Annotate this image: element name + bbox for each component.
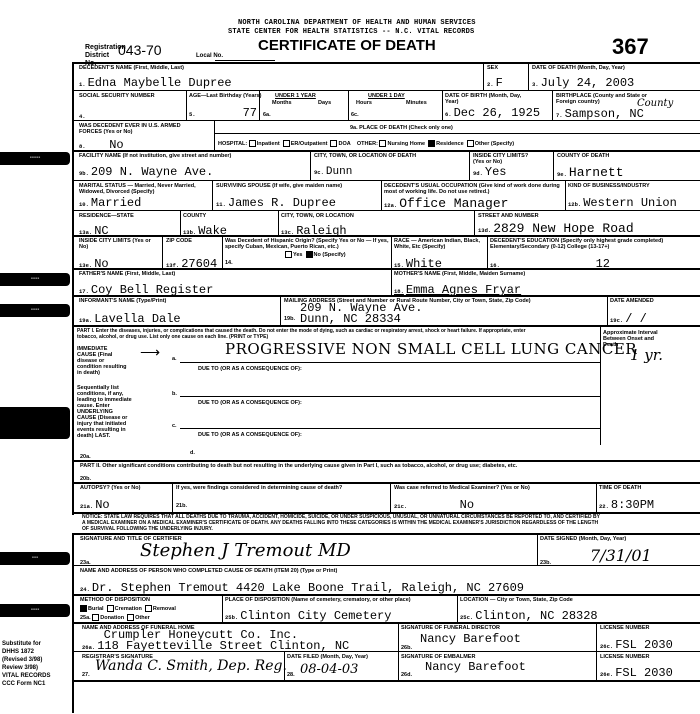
doa-checkbox[interactable]: DOA bbox=[330, 141, 350, 147]
place-of-death-options: HOSPITAL: Inpatient ER/Outpatient DOA OT… bbox=[218, 140, 514, 147]
residence-state-label: RESIDENCE—STATE bbox=[79, 213, 134, 219]
county-of-death-field[interactable]: 9e.Harnett bbox=[557, 165, 624, 180]
days-label: Days bbox=[318, 100, 331, 106]
facility-field[interactable]: 9b.209 N. Wayne Ave. bbox=[79, 165, 213, 179]
hours-label: Hours bbox=[356, 100, 372, 106]
section-tab-informant: ▪▪▪▪ bbox=[0, 304, 70, 317]
department-line-1: NORTH CAROLINA DEPARTMENT OF HEALTH AND … bbox=[238, 19, 476, 27]
certificate-number: 367 bbox=[612, 34, 649, 60]
date-amended-field[interactable]: 19c./ / bbox=[610, 312, 647, 326]
under-1-day-label: UNDER 1 DAY bbox=[368, 93, 405, 99]
er-outpatient-checkbox[interactable]: ER/Outpatient bbox=[283, 141, 328, 147]
funeral-director-label: SIGNATURE OF FUNERAL DIRECTOR bbox=[401, 625, 500, 631]
residence-inside-limits-label: INSIDE CITY LIMITS (Yes or No) bbox=[79, 238, 159, 250]
registration-district: 043-70 bbox=[118, 42, 162, 58]
cause-c-field[interactable] bbox=[180, 428, 600, 429]
marital-status-field[interactable]: 10.Married bbox=[79, 196, 141, 210]
informant-name-field[interactable]: 19a.Lavella Dale bbox=[79, 312, 181, 326]
certifier-signature[interactable]: Stephen J Tremout MD bbox=[140, 540, 351, 561]
father-name-label: FATHER'S NAME (First, Middle, Last) bbox=[79, 271, 175, 277]
zip-label: ZIP CODE bbox=[166, 238, 192, 244]
donation-checkbox[interactable]: Donation bbox=[92, 615, 124, 621]
embalmer-license-label: LICENSE NUMBER bbox=[600, 654, 650, 660]
date-of-death-field[interactable]: 3.July 24, 2003 bbox=[532, 76, 634, 90]
local-no-label: Local No. bbox=[196, 53, 223, 59]
date-signed-field[interactable]: 7/31/01 bbox=[590, 546, 652, 565]
under-1-year-label: UNDER 1 YEAR bbox=[275, 93, 316, 99]
date-amended-label: DATE AMENDED bbox=[610, 298, 654, 304]
sex-label: SEX bbox=[487, 65, 498, 71]
time-of-death-label: TIME OF DEATH bbox=[599, 485, 641, 491]
embalmer-field[interactable]: Nancy Barefoot bbox=[425, 660, 526, 674]
medical-examiner-label: Was case referred to Medical Examiner? (… bbox=[394, 485, 530, 491]
birthplace-field[interactable]: 7.Sampson, NC bbox=[556, 107, 644, 121]
director-license-label: LICENSE NUMBER bbox=[600, 625, 650, 631]
sex-field[interactable]: 2.F bbox=[487, 76, 503, 90]
under-1-year-field[interactable]: 6a. bbox=[263, 112, 271, 118]
disposition-location-field[interactable]: 25c.Clinton, NC 28328 bbox=[460, 609, 598, 623]
arrow-icon: ⟶ bbox=[140, 344, 160, 361]
armed-forces-label: WAS DECEDENT EVER IN U.S. ARMED FORCES (… bbox=[79, 123, 189, 135]
age-label: AGE—Last Birthday (Years) bbox=[189, 93, 261, 99]
date-filed-label: DATE FILED (Month, Day, Year) bbox=[287, 654, 368, 660]
other-checkbox[interactable]: Other bbox=[127, 615, 150, 621]
place-of-disposition-label: PLACE OF DISPOSITION (Name of cemetery, … bbox=[225, 597, 425, 603]
nursing-home-checkbox[interactable]: Nursing Home bbox=[379, 141, 425, 147]
decedent-name-label: DECEDENT'S NAME (First, Middle, Last) bbox=[79, 65, 184, 71]
disposition-methods: Burial Cremation Removal bbox=[80, 605, 176, 612]
disposition-location-label: LOCATION — City or Town, State, Zip Code bbox=[460, 597, 573, 603]
section-tab-cause bbox=[0, 407, 70, 439]
other-specify-checkbox[interactable]: Other (Specify) bbox=[467, 141, 514, 147]
completer-field[interactable]: 24.Dr. Stephen Tremout 4420 Lake Boone T… bbox=[80, 581, 524, 595]
residence-checkbox[interactable]: Residence bbox=[428, 141, 464, 147]
department-line-2: STATE CENTER FOR HEALTH STATISTICS -- N.… bbox=[228, 28, 474, 36]
place-of-death-label: 9a. PLACE OF DEATH (Check only one) bbox=[350, 125, 453, 131]
hispanic-no-checkbox[interactable]: No (Specify) bbox=[306, 252, 346, 258]
form-footnote: Substitute for DHHS 1872 (Revised 3/98) … bbox=[2, 640, 50, 688]
section-tab-place: ▪▪▪▪▪ bbox=[0, 152, 70, 165]
city-of-death-label: CITY, TOWN, OR LOCATION OF DEATH bbox=[314, 153, 416, 159]
medical-examiner-field[interactable]: 21c. No bbox=[394, 498, 474, 512]
notice-text: NOTICE: STATE LAW REQUIRES THAT ALL DEAT… bbox=[82, 514, 602, 532]
due-to-a: DUE TO (OR AS A CONSEQUENCE OF): bbox=[198, 366, 302, 372]
county-of-death-label: COUNTY OF DEATH bbox=[557, 153, 609, 159]
inside-city-limits-field[interactable]: 9d.Yes bbox=[473, 165, 507, 179]
burial-checkbox[interactable]: Burial bbox=[80, 606, 104, 612]
education-label: DECEDENT'S EDUCATION (Specify only highe… bbox=[490, 238, 695, 250]
registrar-signature[interactable]: Wanda C. Smith, Dep. Reg. bbox=[95, 658, 287, 674]
residence-street-field[interactable]: 13d.2829 New Hope Road bbox=[478, 221, 634, 236]
autopsy-field[interactable]: 21a.No bbox=[80, 498, 110, 512]
date-filed-field[interactable]: 08-04-03 bbox=[300, 662, 358, 677]
funeral-director-field[interactable]: Nancy Barefoot bbox=[420, 632, 521, 646]
cause-b-field[interactable] bbox=[180, 396, 600, 397]
sequential-causes-label: Sequentially list conditions, if any, le… bbox=[77, 385, 132, 439]
hispanic-checkboxes: Yes No (Specify) bbox=[285, 251, 346, 258]
date-of-death-label: DATE OF DEATH (Month, Day, Year) bbox=[532, 65, 625, 71]
immediate-cause-label: IMMEDIATE CAUSE (Final disease or condit… bbox=[77, 346, 127, 376]
informant-name-label: INFORMANT'S NAME (Type/Print) bbox=[79, 298, 166, 304]
dob-field[interactable]: 6.Dec 26, 1925 bbox=[445, 106, 540, 120]
section-tab-certifier: ▪▪▪ bbox=[0, 552, 70, 565]
residence-city-label: CITY, TOWN, OR LOCATION bbox=[281, 213, 354, 219]
autopsy-label: AUTOPSY? (Yes or No) bbox=[80, 485, 140, 491]
facility-label: FACILITY NAME (If not institution, give … bbox=[79, 153, 231, 159]
residence-street-label: STREET AND NUMBER bbox=[478, 213, 539, 219]
hispanic-field[interactable]: 14. bbox=[225, 260, 233, 266]
dob-label: DATE OF BIRTH (Month, Day, Year) bbox=[445, 93, 525, 105]
findings-label: If yes, were findings considered in dete… bbox=[176, 485, 342, 491]
funeral-home-field[interactable]: Crumpler Honeycutt Co. Inc.26a.118 Fayet… bbox=[82, 630, 349, 653]
decedent-name-field[interactable]: 1.Edna Maybelle Dupree bbox=[79, 76, 232, 90]
spouse-field[interactable]: 11.James R. Dupree bbox=[216, 196, 336, 210]
cause-d-field[interactable]: d. bbox=[190, 450, 195, 456]
document-title: CERTIFICATE OF DEATH bbox=[258, 37, 436, 54]
city-of-death-field[interactable]: 9c.Dunn bbox=[314, 166, 352, 178]
marital-status-label: MARITAL STATUS — Married, Never Married,… bbox=[79, 183, 204, 195]
removal-checkbox[interactable]: Removal bbox=[145, 606, 176, 612]
section-tab-disposition: ▪▪▪▪ bbox=[0, 604, 70, 617]
findings-field[interactable]: 21b. bbox=[176, 503, 187, 509]
age-field[interactable]: 5.77 bbox=[189, 106, 257, 120]
due-to-c: DUE TO (OR AS A CONSEQUENCE OF): bbox=[198, 432, 302, 438]
embalmer-license-field[interactable]: 26e.FSL 2030 bbox=[600, 666, 673, 680]
under-1-day-field[interactable]: 6c. bbox=[351, 112, 359, 118]
hispanic-origin-label: Was Decedent of Hispanic Origin? (Specif… bbox=[225, 238, 390, 250]
cremation-checkbox[interactable]: Cremation bbox=[107, 606, 142, 612]
place-of-disposition-field[interactable]: 25b.Clinton City Cemetery bbox=[225, 609, 391, 623]
time-of-death-field[interactable]: 22.8:30PM bbox=[599, 498, 654, 512]
cause-a-field[interactable]: PROGRESSIVE NON SMALL CELL LUNG CANCER bbox=[225, 340, 637, 358]
business-label: KIND OF BUSINESS/INDUSTRY bbox=[568, 183, 650, 189]
date-signed-label: DATE SIGNED (Month, Day, Year) bbox=[540, 536, 626, 542]
completer-label: NAME AND ADDRESS OF PERSON WHO COMPLETED… bbox=[80, 568, 337, 574]
due-to-b: DUE TO (OR AS A CONSEQUENCE OF): bbox=[198, 400, 302, 406]
months-label: Months bbox=[272, 100, 292, 106]
hispanic-yes-checkbox[interactable]: Yes bbox=[285, 252, 302, 258]
residence-county-label: COUNTY bbox=[183, 213, 206, 219]
mother-name-label: MOTHER'S NAME (First, Middle, Maiden Sur… bbox=[394, 271, 525, 277]
disposition-method-label: METHOD OF DISPOSITION bbox=[80, 597, 150, 603]
part2-label: PART II. Other significant conditions co… bbox=[80, 463, 517, 469]
section-tab-parents: ▪▪▪▪ bbox=[0, 273, 70, 286]
inpatient-checkbox[interactable]: Inpatient bbox=[249, 141, 280, 147]
inside-city-limits-label: INSIDE CITY LIMITS? (Yes or No) bbox=[473, 153, 533, 165]
ssn-label: SOCIAL SECURITY NUMBER bbox=[79, 93, 155, 99]
spouse-label: SURVIVING SPOUSE (If wife, give maiden n… bbox=[216, 183, 342, 189]
business-field[interactable]: 12b.Western Union bbox=[568, 196, 677, 210]
director-license-field[interactable]: 26c.FSL 2030 bbox=[600, 638, 673, 652]
mailing-address-field[interactable]: 209 N. Wayne Ave.Dunn, NC 28334 bbox=[300, 303, 422, 325]
minutes-label: Minutes bbox=[406, 100, 427, 106]
part1-instructions: PART I. Enter the diseases, injuries, or… bbox=[77, 328, 537, 340]
occupation-label: DECEDENT'S USUAL OCCUPATION (Give kind o… bbox=[384, 183, 562, 195]
occupation-field[interactable]: 12a.Office Manager bbox=[384, 196, 508, 211]
race-label: RACE — American Indian, Black, White, Et… bbox=[394, 238, 484, 250]
